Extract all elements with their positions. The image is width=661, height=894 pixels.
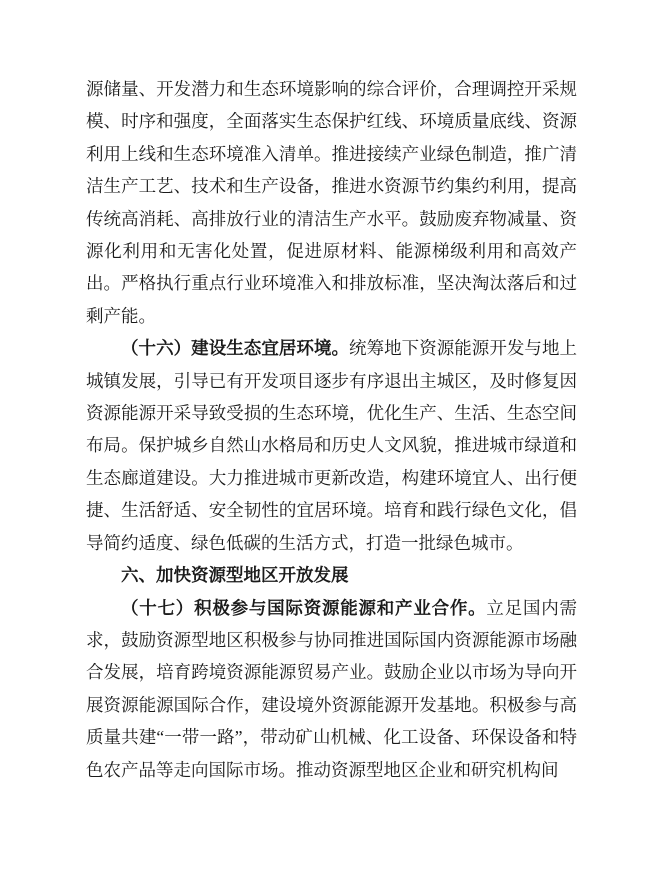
paragraph: （十六）建设生态宜居环境。统筹地下资源能源开发与地上城镇发展，引导已有开发项目逐… — [86, 332, 577, 559]
paragraph: 源储量、开发潜力和生态环境影响的综合评价，合理调控开采规模、时序和强度，全面落实… — [86, 73, 577, 332]
paragraph: （十七）积极参与国际资源能源和产业合作。立足国内需求，鼓励资源型地区积极参与协同… — [86, 592, 577, 786]
paragraph-lead: （十六）建设生态宜居环境。 — [121, 338, 349, 358]
document-page: 源储量、开发潜力和生态环境影响的综合评价，合理调控开采规模、时序和强度，全面落实… — [0, 0, 661, 894]
paragraph-text: 统筹地下资源能源开发与地上城镇发展，引导已有开发项目逐步有序退出主城区，及时修复… — [86, 338, 577, 552]
document-content: 源储量、开发潜力和生态环境影响的综合评价，合理调控开采规模、时序和强度，全面落实… — [86, 73, 577, 786]
paragraph-text: 立足国内需求，鼓励资源型地区积极参与协同推进国际国内资源能源市场融合发展，培育跨… — [86, 598, 577, 780]
section-heading: 六、加快资源型地区开放发展 — [86, 559, 577, 591]
paragraph-lead: （十七）积极参与国际资源能源和产业合作。 — [121, 598, 486, 618]
paragraph-text: 源储量、开发潜力和生态环境影响的综合评价，合理调控开采规模、时序和强度，全面落实… — [86, 79, 577, 326]
